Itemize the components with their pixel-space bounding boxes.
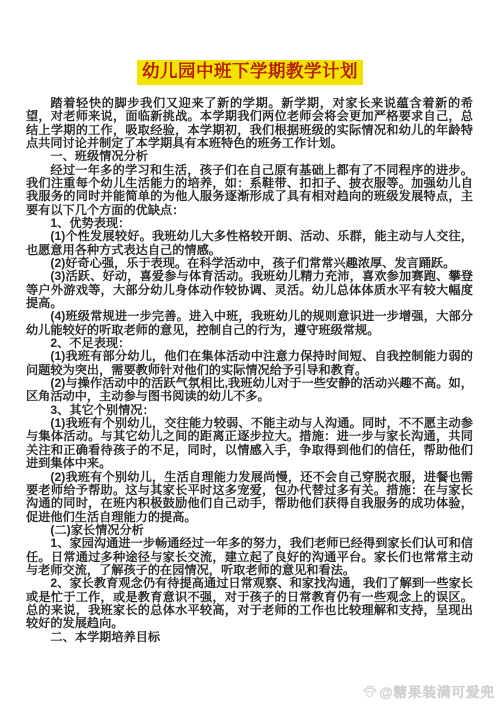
paw-icon: [362, 684, 377, 699]
paragraph: (2)我班有个别幼儿，生活自理能力发展尚慢，还不会自己穿脱衣服，进餐也需要老师给…: [26, 471, 473, 524]
heading-class-analysis: 一、班级情况分析: [26, 150, 473, 163]
document-title: 幼儿园中班下学期教学计划: [137, 60, 363, 85]
paragraph: 1、家园沟通进一步畅通经过一年多的努力，我们老师已经得到家长们认可和信任。日常通…: [26, 537, 473, 577]
paragraph: (1)个性发展较好。我班幼儿大多性格较开朗、活动、乐群，能主动与人交往，也愿意用…: [26, 230, 473, 257]
paragraph: (2)与操作活动中的活跃气氛相比,我班幼儿对于一些安静的活动兴趣不高。如，区角活…: [26, 377, 473, 404]
document-body: 踏着轻快的脚步我们又迎来了新的学期。新学期，对家长来说蕴含着新的希望，对老师来说…: [26, 97, 473, 644]
watermark: @糖果装满可爱兜: [362, 681, 495, 701]
paragraph: (1)我班有部分幼儿，他们在集体活动中注意力保持时间短、自我控制能力弱的问题较为…: [26, 350, 473, 377]
paragraph: (4)班级常规进一步完善。进入中班，我班幼儿的规则意识进一步增强，大部分幼儿能较…: [26, 310, 473, 337]
paragraph: (3)活跃、好动，喜爱参与体育活动。我班幼儿精力充沛，喜欢参加赛跑、攀登等户外游…: [26, 270, 473, 310]
paragraph: 2、家长教育观念仍有待提高通过日常观察、和家找沟通，我们了解到一些家长或是忙于工…: [26, 577, 473, 630]
paragraph: (1)我班有个别幼儿，交往能力较弱、不能主动与人沟通。同时，不不愿主动参与集体活…: [26, 417, 473, 470]
document-page: 幼儿园中班下学期教学计划 踏着轻快的脚步我们又迎来了新的学期。新学期，对家长来说…: [0, 0, 500, 707]
heading-semester-goals: 二、本学期培养目标: [26, 631, 473, 644]
intro-paragraph: 踏着轻快的脚步我们又迎来了新的学期。新学期，对家长来说蕴含着新的希望，对老师来说…: [26, 97, 473, 150]
paragraph: 经过一年多的学习和生活，孩子们在自己原有基础上都有了不同程序的进步。我们注重每个…: [26, 164, 473, 217]
watermark-text: @糖果装满可爱兜: [379, 681, 495, 701]
title-row: 幼儿园中班下学期教学计划: [0, 0, 500, 85]
